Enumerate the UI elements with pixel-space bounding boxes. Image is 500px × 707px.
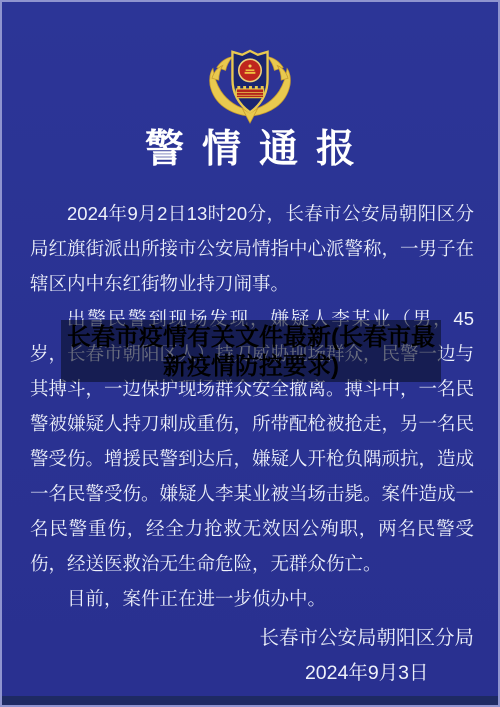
notice-paragraph-1: 2024年9月2日13时20分，长春市公安局朝阳区分局红旗街派出所接市公安局情指… [30, 196, 474, 301]
signature-date: 2024年9月3日 [259, 656, 474, 691]
police-badge-icon [201, 46, 299, 126]
notice-title: 警情通报 [2, 118, 498, 174]
signature-block: 长春市公安局朝阳区分局 2024年9月3日 [259, 621, 474, 691]
notice-body: 2024年9月2日13时20分，长春市公安局朝阳区分局红旗街派出所接市公安局情指… [30, 196, 474, 616]
bottom-edge-strip [2, 696, 498, 705]
police-notice-poster: 警情通报 2024年9月2日13时20分，长春市公安局朝阳区分局红旗街派出所接市… [0, 0, 500, 707]
notice-paragraph-3: 目前，案件正在进一步侦办中。 [30, 581, 474, 616]
seo-overlay-banner: 长春市疫情有关文件最新(长春市最新疫情防控要求) [61, 320, 441, 382]
signature-agency: 长春市公安局朝阳区分局 [259, 621, 474, 656]
